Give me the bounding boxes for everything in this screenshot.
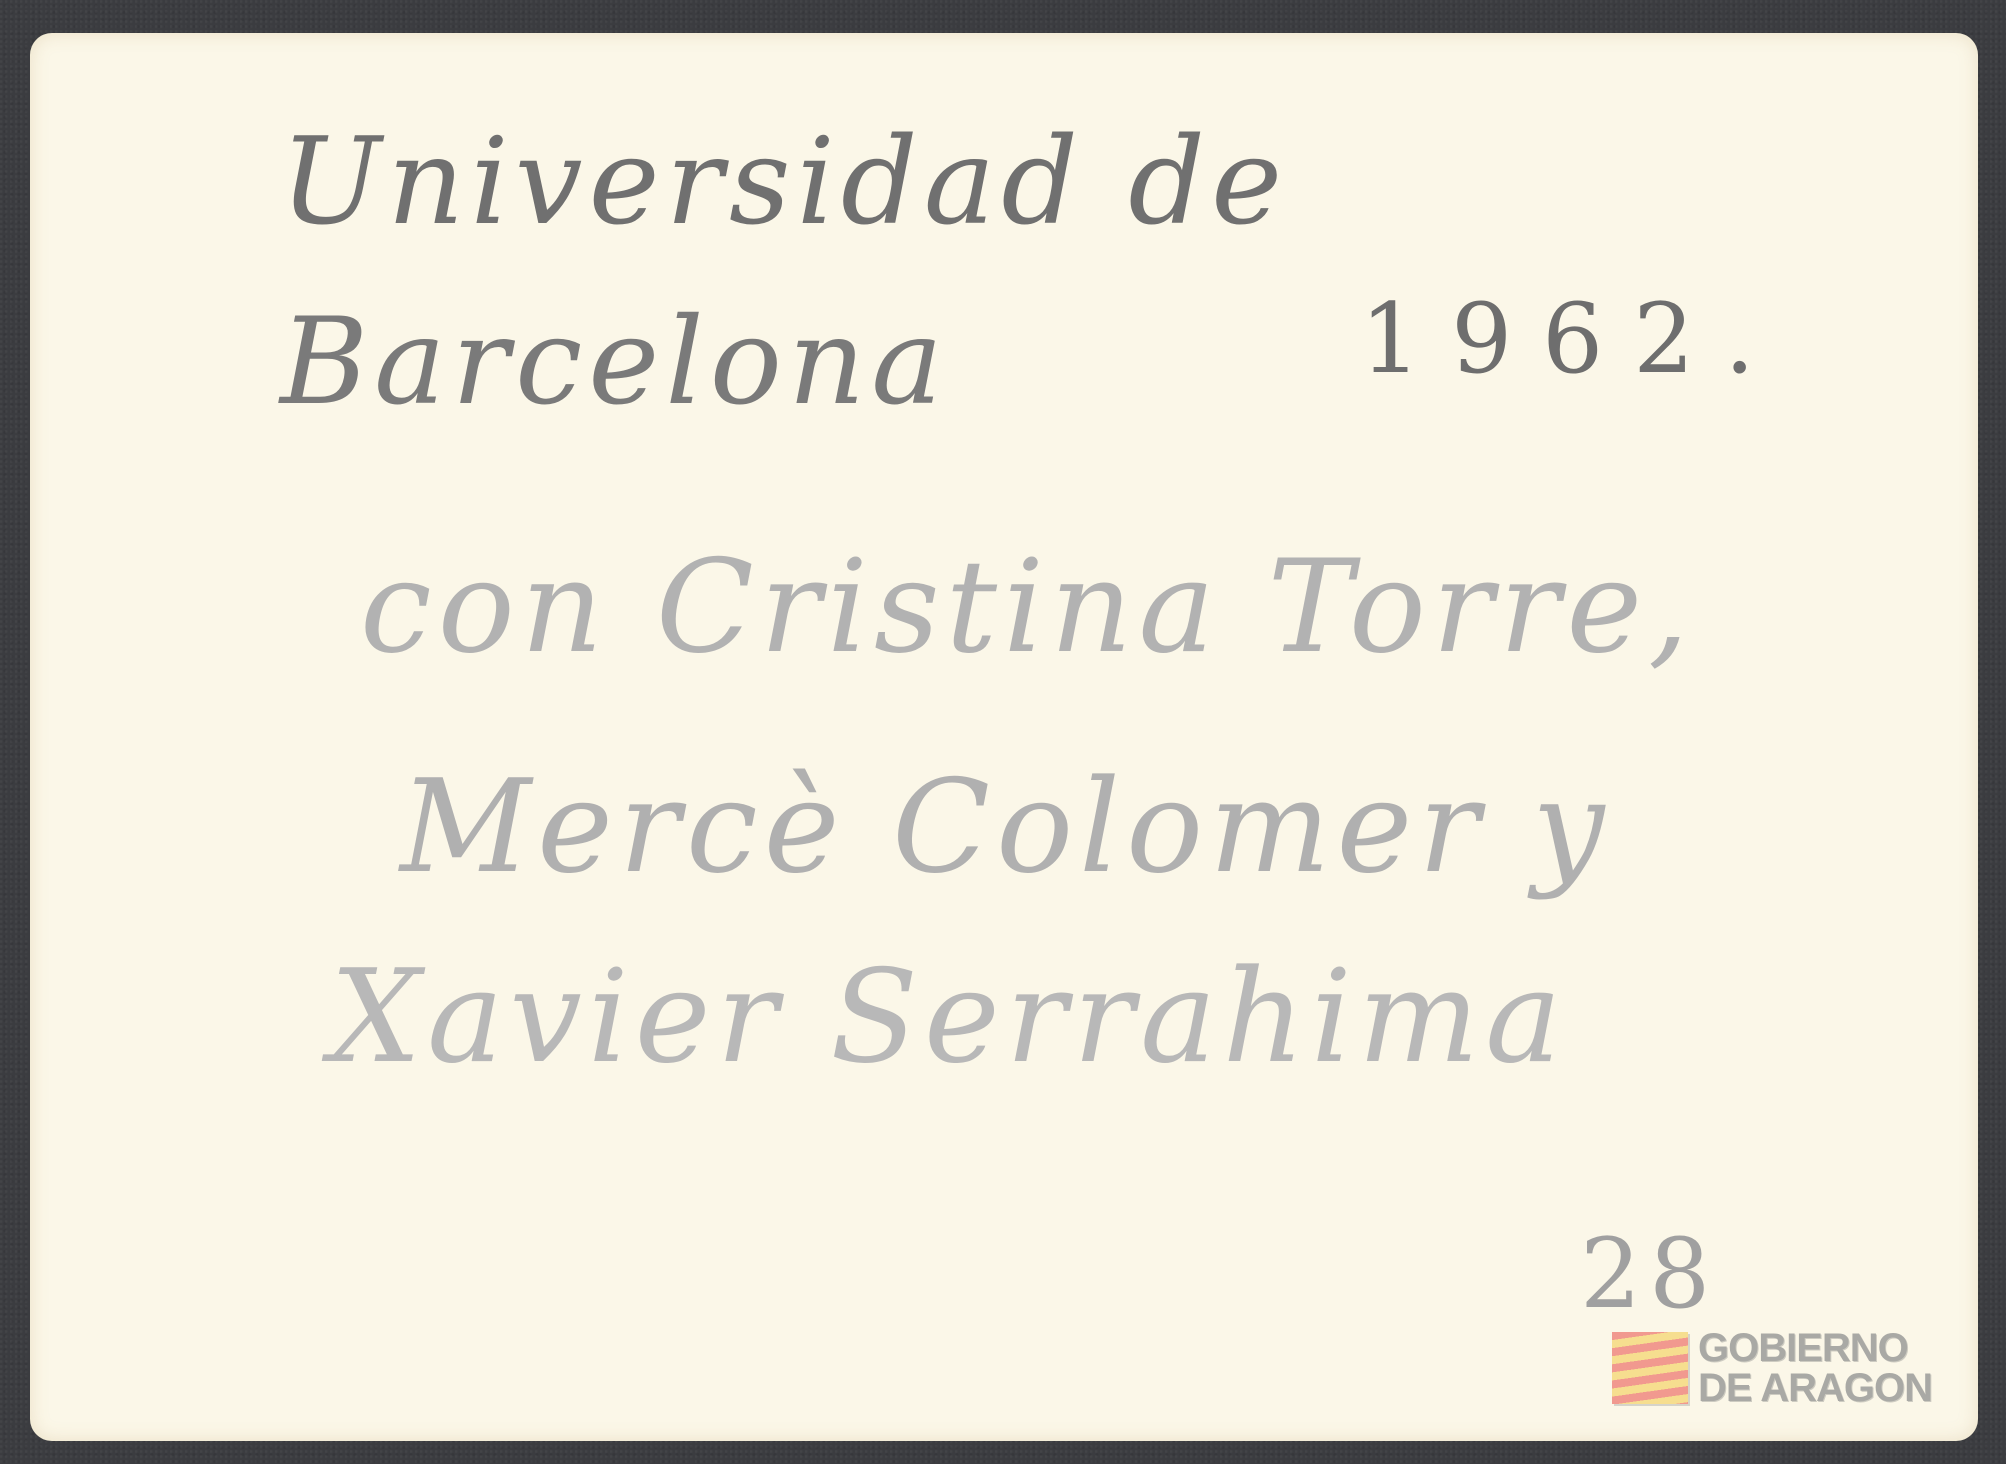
watermark-text: GOBIERNO DE ARAGON xyxy=(1698,1328,1932,1408)
handwritten-line-university: Universidad de xyxy=(280,113,1288,252)
handwritten-line-city: Barcelona xyxy=(280,293,949,432)
gobierno-de-aragon-watermark: GOBIERNO DE ARAGON xyxy=(1612,1328,1932,1408)
watermark-line-1: GOBIERNO xyxy=(1698,1328,1932,1368)
watermark-line-2: DE ARAGON xyxy=(1698,1368,1932,1408)
photo-card-back: Universidad de Barcelona 1962. con Crist… xyxy=(30,33,1978,1441)
handwritten-line-names-3: Xavier Serrahima xyxy=(330,943,1568,1092)
handwritten-year: 1962. xyxy=(1360,283,1785,395)
handwritten-item-number: 28 xyxy=(1580,1218,1718,1330)
aragon-flag-icon xyxy=(1612,1332,1688,1404)
handwritten-line-names-2: Mercè Colomer y xyxy=(400,753,1610,902)
handwritten-line-names-1: con Cristina Torre, xyxy=(360,533,1695,682)
